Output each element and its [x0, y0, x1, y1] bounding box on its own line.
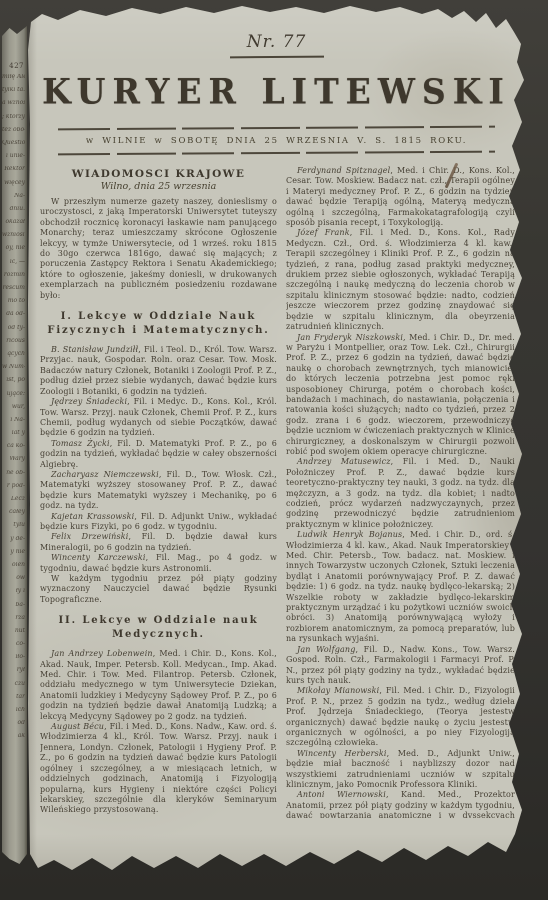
margin-fragment: iło-	[2, 654, 25, 660]
margin-fragment: y de-	[2, 536, 25, 542]
margin-fragment: ak	[2, 733, 25, 739]
margin-fragment: i Na-	[2, 417, 25, 423]
margin-fragment: czu	[2, 681, 25, 687]
margin-fragment: okazał	[2, 219, 25, 225]
paragraph-lead-name: Jan Fryderyk Niszkowski	[297, 333, 403, 342]
margin-fragment: i unie-	[2, 153, 25, 159]
margin-fragment: y nie	[2, 549, 25, 555]
margin-fragment: miłę Ale	[2, 74, 25, 80]
paragraph-lead-name: B. Stanisław Jundziłł	[51, 345, 138, 354]
block-paragraph: Józef Frank, Fil. i Med. D., Kons. Kol.,…	[286, 228, 515, 332]
margin-fragment: ca ko-	[2, 443, 25, 449]
margin-fragment: rescum	[2, 285, 25, 291]
block-subheading: Wilno, dnia 25 wrzesnia	[40, 181, 277, 192]
margin-fragment: całey	[2, 509, 25, 515]
margin-fragment: ujące:	[2, 391, 25, 397]
paragraph-lead-name: Ferdynand Spitznagel	[297, 166, 390, 175]
margin-fragment: r pod-	[2, 483, 25, 489]
paragraph-lead-name: Andrzey Matusewicz	[297, 457, 391, 466]
scan-background: 427 miłę Aletylki ta.a wznosim; którzyte…	[0, 0, 548, 900]
block-section: II. Lekcye w Oddziale nauk Medycznych.	[42, 614, 275, 642]
margin-fragment: nut	[2, 628, 25, 634]
block-paragraph: Wincenty Herberski, Med. D., Adjunkt Uni…	[286, 749, 515, 791]
paragraph-lead-name: Jędrzey Śniadecki	[51, 397, 127, 406]
margin-fragment: dniu.	[2, 206, 25, 212]
block-paragraph: Jan Andrzey Lobenwein, Med. i Chir. D., …	[40, 649, 277, 722]
margin-fragment: ących	[2, 351, 25, 357]
margin-fragment: tar	[2, 694, 25, 700]
margin-fragment: wur,	[2, 404, 25, 410]
paragraph-lead-name: Antoni Wiernowski	[297, 790, 386, 799]
block-paragraph: Ferdynand Spitznagel, Med. i Chir. D., K…	[286, 166, 515, 228]
margin-fragment: Rektor	[2, 166, 25, 172]
paragraph-lead-name: Zacharyasz Niemczewski	[51, 470, 159, 479]
margin-fragment: Na-	[2, 193, 25, 199]
newspaper-page: Nr. 77 KURYER LITEWSKI w WILNIE w SOBOTĘ…	[28, 4, 525, 882]
margin-fragment: Lecz	[2, 496, 25, 502]
margin-fragment: olen	[2, 562, 25, 568]
article-columns: WIADOMOSCI KRAJOWEWilno, dnia 25 wrzesni…	[28, 154, 525, 818]
margin-fragment: tylu	[2, 522, 25, 528]
margin-fragment: mo to	[2, 298, 25, 304]
left-column: WIADOMOSCI KRAJOWEWilno, dnia 25 wrzesni…	[40, 166, 277, 818]
block-paragraph: August Bécu, Fil. i Med. D., Kons. Nadw.…	[40, 722, 277, 816]
margin-fragment: lat y	[2, 430, 25, 436]
paragraph-lead-name: Kajetan Krassowski	[51, 512, 134, 521]
block-paragraph: Ludwik Henryk Bojanus, Med. i Chir. D., …	[286, 530, 515, 644]
adjacent-page-paper: 427 miłę Aletylki ta.a wznosim; którzyte…	[2, 26, 27, 864]
issue-rule	[229, 56, 323, 59]
block-paragraph: W każdym tygodniu przez pół piąty godzin…	[40, 574, 277, 605]
margin-fragments: miłę Aletylki ta.a wznosim; którzytez ob…	[2, 74, 27, 739]
margin-fragment: rza	[2, 615, 25, 621]
margin-fragment: od ty-	[2, 325, 25, 331]
margin-fragment: da od-	[2, 311, 25, 317]
margin-fragment: ricous	[2, 338, 25, 344]
paragraph-lead-name: Tomasz Życki	[51, 439, 110, 448]
block-paragraph: Tomasz Życki, Fil. D. Matematyki Prof. P…	[40, 439, 277, 470]
margin-fragment: tylki ta.	[2, 87, 25, 93]
right-column: Ferdynand Spitznagel, Med. i Chir. D., K…	[286, 166, 515, 818]
margin-fragment: rozmin	[2, 272, 25, 278]
block-paragraph: Kajetan Krassowski, Fil. D. Adjunkt Uniw…	[40, 512, 277, 533]
block-paragraph: Jędrzey Śniadecki, Fil. i Medyc. D., Kon…	[40, 397, 277, 439]
screenshot-root: { "colors":{"background":"#34332e","pape…	[0, 0, 548, 900]
block-section: I. Lekcye w Oddziale Nauk Fizycznych i M…	[42, 310, 275, 338]
margin-fragment: ły i	[2, 588, 25, 594]
margin-fragment: ba-	[2, 602, 25, 608]
margin-fragment: Wary	[2, 456, 25, 462]
margin-fragment: a wznosim	[2, 100, 25, 106]
margin-fragment: tez obo-	[2, 127, 25, 133]
margin-fragment: ; którzy	[2, 114, 25, 120]
margin-fragment: co-	[2, 641, 25, 647]
dateline-rule-top	[58, 126, 495, 131]
paragraph-lead-name: Mikołay Mianowski	[297, 686, 379, 695]
paragraph-lead-name: Józef Frank	[297, 228, 350, 237]
paragraph-lead-name: Jan Wolfgang	[297, 645, 355, 654]
block-paragraph: B. Stanisław Jundziłł, Fil. i Teol. D., …	[40, 345, 277, 397]
block-paragraph: Felix Drzewiński, Fil. D. będzie dawał k…	[40, 532, 277, 553]
paragraph-lead-name: Wincenty Karczewski	[51, 553, 146, 562]
block-heading: WIADOMOSCI KRAJOWE	[40, 168, 277, 180]
margin-fragment: ich	[2, 707, 25, 713]
margin-fragment: rył	[2, 667, 25, 673]
margin-fragment: ne ob-	[2, 470, 25, 476]
issue-number: Nr. 77	[28, 32, 525, 52]
block-paragraph: Zacharyasz Niemczewski, Fil. D., Tow. Wł…	[40, 470, 277, 512]
margin-fragment: wzniośli	[2, 232, 25, 238]
paragraph-lead-name: Wincenty Herberski	[297, 749, 387, 758]
margin-fragment: w Num-	[2, 364, 25, 370]
block-paragraph: Jan Fryderyk Niszkowski, Med. i Chir. D.…	[286, 333, 515, 458]
margin-fragment: Questio	[2, 140, 25, 146]
newspaper-title: KURYER LITEWSKI	[28, 71, 525, 112]
block-paragraph: Mikołay Mianowski, Fil. Med. i Chir. D.,…	[286, 686, 515, 748]
margin-fragment: ić, —	[2, 259, 25, 265]
margin-fragment: ist, po	[2, 377, 25, 383]
dateline: w WILNIE w SOBOTĘ DNIA 25 WRZESNIA V. S.…	[28, 136, 525, 146]
masthead: Nr. 77 KURYER LITEWSKI w WILNIE w SOBOTĘ…	[28, 4, 525, 154]
block-paragraph: Jan Wolfgang, Fil. D., Nadw. Kons., Tow.…	[286, 645, 515, 687]
margin-fragment: więcey	[2, 180, 25, 186]
paragraph-lead-name: Jan Andrzey Lobenwein	[51, 649, 153, 658]
block-paragraph: Antoni Wiernowski, Kand. Med., Prozektor…	[286, 790, 515, 818]
block-paragraph: Wincenty Karczewski, Fil. Mag., po 4 god…	[40, 553, 277, 574]
adjacent-page-edge: 427 miłę Aletylki ta.a wznosim; którzyte…	[0, 0, 30, 900]
block-paragraph: Andrzey Matusewicz, Fil. i Med. D., Nauk…	[286, 457, 515, 530]
block-paragraph: W przeszłym numerze gazety naszey, donie…	[40, 197, 277, 301]
paragraph-lead-name: August Bécu	[51, 722, 104, 731]
paragraph-lead-name: Ludwik Henryk Bojanus	[297, 530, 402, 539]
margin-fragment: ow	[2, 575, 25, 581]
adjacent-page-number: 427	[2, 26, 27, 74]
paragraph-lead-name: Felix Drzewiński	[51, 532, 128, 541]
margin-fragment: od	[2, 720, 25, 726]
margin-fragment: oy, nie	[2, 245, 25, 251]
